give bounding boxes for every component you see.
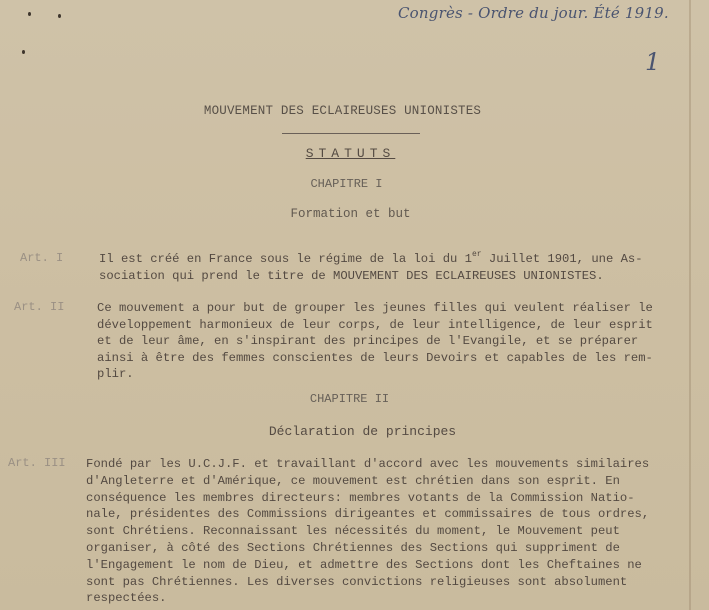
article-line: d'Angleterre et d'Amérique, ce mouvement… bbox=[86, 473, 676, 490]
article-body: Ce mouvement a pour but de grouper les j… bbox=[97, 300, 687, 383]
article-body: Il est créé en France sous le régime de … bbox=[99, 251, 689, 284]
article-line: conséquence les membres directeurs: memb… bbox=[86, 490, 676, 507]
article-line: Il est créé en France sous le régime de … bbox=[99, 251, 689, 268]
article-line: développement harmonieux de leur corps, … bbox=[97, 317, 687, 334]
chapter-2-heading: CHAPITRE II bbox=[0, 392, 704, 406]
chapter-1-subtitle: Formation et but bbox=[0, 207, 705, 221]
article-line: ainsi à être des femmes conscientes de l… bbox=[97, 350, 687, 367]
statuts-heading: STATUTS bbox=[0, 146, 705, 161]
article-line: l'Engagement le nom de Dieu, et admettre… bbox=[86, 557, 676, 574]
article-label: Art. II bbox=[14, 300, 64, 314]
title-divider bbox=[282, 133, 420, 134]
article-line: sont Chrétiens. Reconnaissant les nécess… bbox=[86, 523, 676, 540]
chapter-2-subtitle: Déclaration de principes bbox=[8, 424, 709, 439]
page-edge bbox=[689, 0, 691, 610]
article-line: organiser, à côté des Sections Chrétienn… bbox=[86, 540, 676, 557]
article-label: Art. III bbox=[8, 456, 66, 470]
article-line: sociation qui prend le titre de MOUVEMEN… bbox=[99, 268, 689, 285]
chapter-1-heading: CHAPITRE I bbox=[0, 177, 701, 191]
article-line: plir. bbox=[97, 366, 687, 383]
paper-speck bbox=[58, 14, 61, 18]
article-line: Fondé par les U.C.J.F. et travaillant d'… bbox=[86, 456, 676, 473]
article-line: Ce mouvement a pour but de grouper les j… bbox=[97, 300, 687, 317]
paper-speck bbox=[28, 12, 31, 16]
organization-title: MOUVEMENT DES ECLAIREUSES UNIONISTES bbox=[0, 104, 697, 118]
handwritten-page-number: 1 bbox=[645, 48, 660, 76]
paper-speck bbox=[22, 50, 25, 54]
article-body: Fondé par les U.C.J.F. et travaillant d'… bbox=[86, 456, 676, 607]
handwritten-annotation: Congrès - Ordre du jour. Été 1919. bbox=[398, 4, 669, 22]
article-line: et de leur âme, en s'inspirant des princ… bbox=[97, 333, 687, 350]
article-label: Art. I bbox=[20, 251, 63, 265]
article-line: sont pas Chrétiennes. Les diverses convi… bbox=[86, 574, 676, 591]
article-line: respectées. bbox=[86, 590, 676, 607]
article-line: nale, présidentes des Commissions dirige… bbox=[86, 506, 676, 523]
